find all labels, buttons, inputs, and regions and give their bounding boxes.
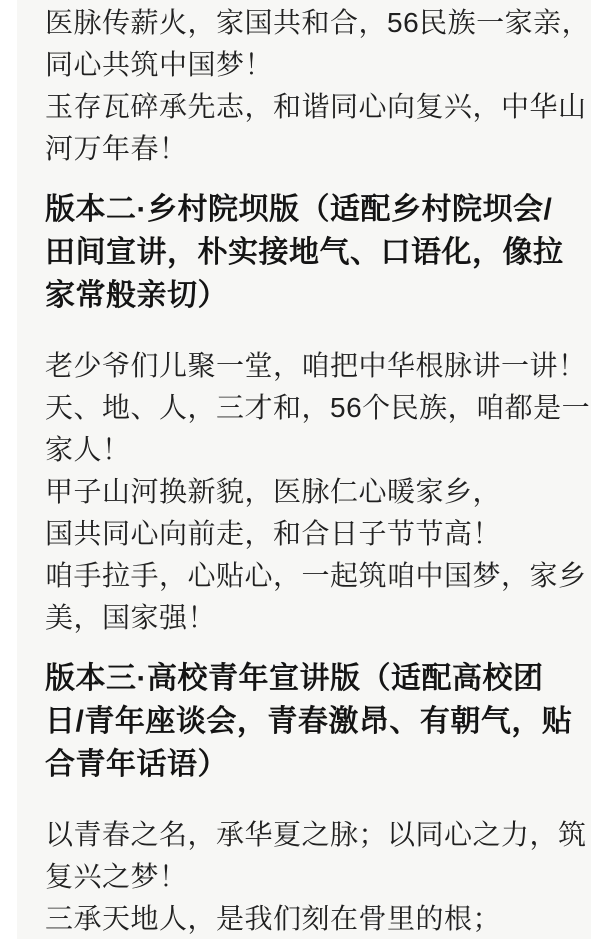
document-content: 医脉传薪火，家国共和合，56民族一家亲， 同心共筑中国梦！ 玉存瓦碎承先志，和谐… bbox=[17, 0, 591, 939]
paragraph-version-one-tail: 医脉传薪火，家国共和合，56民族一家亲， 同心共筑中国梦！ 玉存瓦碎承先志，和谐… bbox=[45, 2, 575, 170]
text-line: 三承天地人，是我们刻在骨里的根； bbox=[45, 898, 575, 939]
screenshot-root: { "page": { "outer_background": "#ffffff… bbox=[0, 0, 609, 939]
paragraph-version-two-body: 老少爷们儿聚一堂，咱把中华根脉讲一讲！ 天、地、人，三才和，56个民族，咱都是一… bbox=[45, 345, 575, 639]
heading-version-three: 版本三·高校青年宣讲版（适配高校团 日/青年座谈会，青春激昂、有朝气，贴 合青年… bbox=[45, 657, 575, 786]
text-line: 复兴之梦！ bbox=[45, 856, 575, 898]
text-line: 家人！ bbox=[45, 429, 575, 471]
text-line: 国共同心向前走，和合日子节节高！ bbox=[45, 513, 575, 555]
heading-line: 田间宣讲，朴实接地气、口语化，像拉 bbox=[45, 231, 575, 274]
document-scroll-area[interactable]: 医脉传薪火，家国共和合，56民族一家亲， 同心共筑中国梦！ 玉存瓦碎承先志，和谐… bbox=[17, 0, 591, 939]
text-line: 以青春之名，承华夏之脉；以同心之力，筑 bbox=[45, 814, 575, 856]
heading-line: 家常般亲切） bbox=[45, 274, 575, 317]
heading-line: 版本三·高校青年宣讲版（适配高校团 bbox=[45, 657, 575, 700]
text-line: 老少爷们儿聚一堂，咱把中华根脉讲一讲！ bbox=[45, 345, 575, 387]
text-line: 甲子山河换新貌，医脉仁心暖家乡， bbox=[45, 471, 575, 513]
text-line: 美，国家强！ bbox=[45, 597, 575, 639]
heading-version-two: 版本二·乡村院坝版（适配乡村院坝会/ 田间宣讲，朴实接地气、口语化，像拉 家常般… bbox=[45, 188, 575, 317]
heading-line: 日/青年座谈会，青春激昂、有朝气，贴 bbox=[45, 700, 575, 743]
text-line: 咱手拉手，心贴心，一起筑咱中国梦，家乡 bbox=[45, 555, 575, 597]
text-line: 天、地、人，三才和，56个民族，咱都是一 bbox=[45, 387, 575, 429]
text-line: 医脉传薪火，家国共和合，56民族一家亲， bbox=[45, 2, 575, 44]
heading-line: 版本二·乡村院坝版（适配乡村院坝会/ bbox=[45, 188, 575, 231]
text-line: 河万年春！ bbox=[45, 128, 575, 170]
text-line: 玉存瓦碎承先志，和谐同心向复兴，中华山 bbox=[45, 86, 575, 128]
paragraph-version-three-body: 以青春之名，承华夏之脉；以同心之力，筑 复兴之梦！ 三承天地人，是我们刻在骨里的… bbox=[45, 814, 575, 939]
text-line: 同心共筑中国梦！ bbox=[45, 44, 575, 86]
heading-line: 合青年话语） bbox=[45, 743, 575, 786]
